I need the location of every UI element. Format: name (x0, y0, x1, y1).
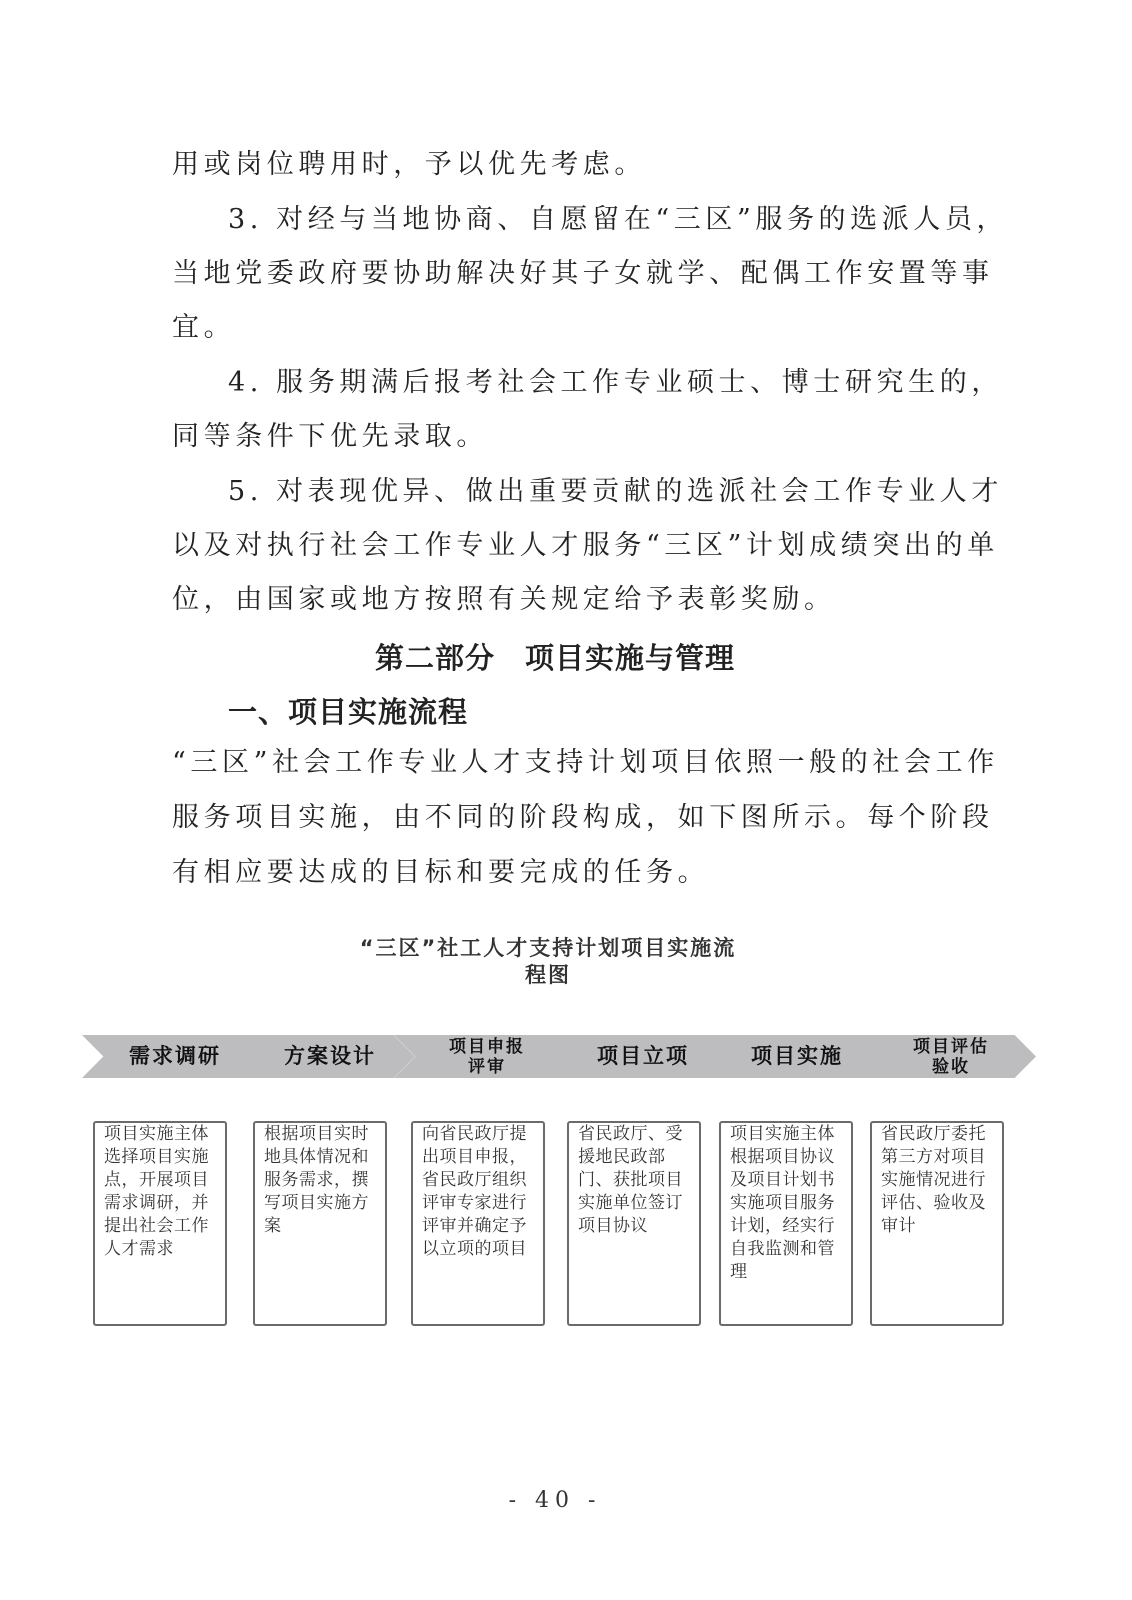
text-line: 有相应要达成的目标和要完成的任务。 (172, 856, 952, 890)
stage-chevrons: 需求调研 方案设计 项目申报 评审 项目立项 项目实施 项目评估 验收 (82, 1035, 1032, 1078)
stage-chevron-plan-design: 方案设计 (237, 1035, 415, 1078)
stage-label: 项目立项 (589, 1046, 689, 1067)
stage-label: 项目评估 验收 (905, 1037, 989, 1077)
stage-description-box: 项目实施主体选择项目实施点，开展项目需求调研，并提出社会工作人才需求 (93, 1121, 227, 1326)
stage-description-box: 省民政厅委托第三方对项目实施情况进行评估、验收及审计 (870, 1121, 1004, 1326)
stage-description-box: 省民政厅、受援地民政部门、获批项目实施单位签订项目协议 (567, 1121, 701, 1326)
stage-label: 需求调研 (121, 1046, 221, 1067)
stage-label-line1: 项目申报 (449, 1037, 525, 1057)
text-line: 用或岗位聘用时，予以优先考虑。 (172, 148, 952, 182)
text-line: 4. 服务期满后报考社会工作专业硕士、博士研究生的， (228, 366, 1008, 400)
stage-label-line2: 验收 (932, 1057, 970, 1077)
text-line: 以及对执行社会工作专业人才服务“三区”计划成绩突出的单 (172, 529, 952, 563)
stage-label: 方案设计 (276, 1046, 376, 1067)
flowchart-title-line1: “三区”社工人才支持计划项目实施流 (0, 932, 1096, 962)
stage-chevron-needs-research: 需求调研 (82, 1035, 260, 1078)
text-line: 位，由国家或地方按照有关规定给予表彰奖励。 (172, 583, 952, 617)
stage-label: 项目实施 (743, 1046, 843, 1067)
stage-label-line1: 项目评估 (913, 1037, 989, 1057)
stage-chevron-evaluation: 项目评估 验收 (858, 1035, 1036, 1078)
stage-chevron-implementation: 项目实施 (704, 1035, 882, 1078)
section-heading: 一、项目实施流程 (228, 690, 468, 731)
stage-chevron-approval: 项目立项 (550, 1035, 728, 1078)
text-line: 5. 对表现优异、做出重要贡献的选派社会工作专业人才 (228, 475, 1008, 509)
text-line: 3. 对经与当地协商、自愿留在“三区”服务的选派人员， (228, 203, 1008, 237)
text-line: 服务项目实施，由不同的阶段构成，如下图所示。每个阶段 (172, 801, 952, 835)
part-heading: 第二部分 项目实施与管理 (0, 636, 1110, 677)
text-line: “三区”社会工作专业人才支持计划项目依照一般的社会工作 (172, 746, 952, 780)
flowchart-title-line2: 程图 (0, 959, 1096, 989)
stage-description-box: 根据项目实时地具体情况和服务需求，撰写项目实施方案 (253, 1121, 387, 1326)
stage-chevron-application-review: 项目申报 评审 (394, 1035, 572, 1078)
page-number: - 40 - (0, 1488, 1110, 1513)
text-line: 当地党委政府要协助解决好其子女就学、配偶工作安置等事 (172, 257, 952, 291)
text-line: 宜。 (172, 311, 952, 345)
stage-description-box: 向省民政厅提出项目申报，省民政厅组织评审专家进行评审并确定予以立项的项目 (411, 1121, 545, 1326)
stage-description-box: 项目实施主体根据项目协议及项目计划书实施项目服务计划，经实行自我监测和管理 (719, 1121, 853, 1326)
text-line: 同等条件下优先录取。 (172, 420, 952, 454)
stage-label-line2: 评审 (468, 1057, 506, 1077)
stage-label: 项目申报 评审 (441, 1037, 525, 1077)
